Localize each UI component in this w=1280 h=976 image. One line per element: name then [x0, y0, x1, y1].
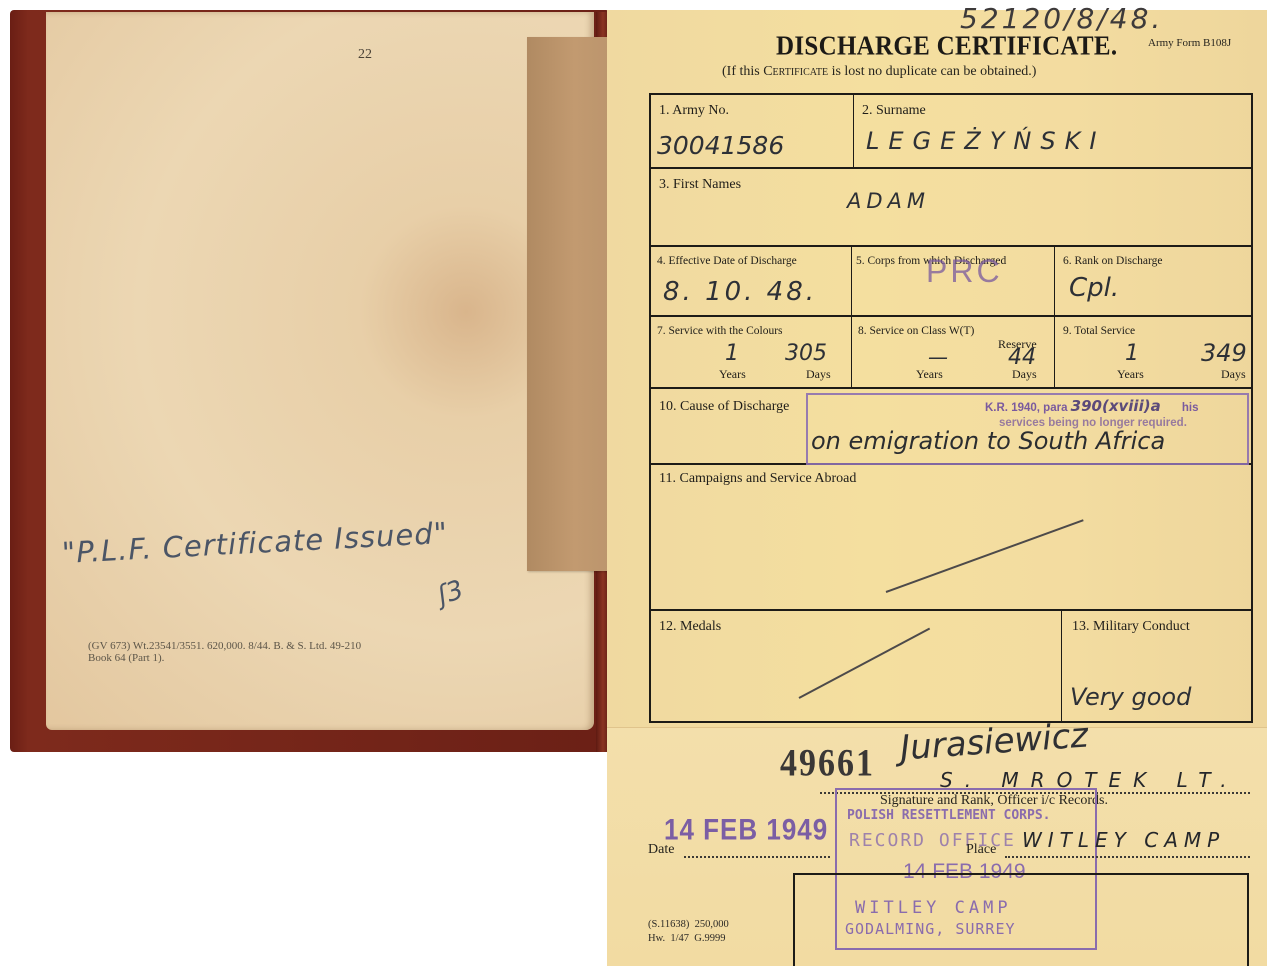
form-id: Army Form B108J: [1148, 37, 1231, 49]
field-value: Cpl.: [1069, 273, 1119, 303]
field-label: 13. Military Conduct: [1072, 619, 1190, 635]
stamp-text: K.R. 1940, para: [985, 402, 1067, 414]
date-line: [684, 856, 830, 858]
corps-stamp: PRC: [926, 253, 1003, 290]
place-label: Place: [966, 842, 996, 858]
days-value: 305: [785, 341, 827, 366]
years-label: Years: [916, 367, 943, 382]
years-value: —: [928, 345, 948, 369]
field-label: 2. Surname: [862, 103, 926, 119]
field-service-colours: 7. Service with the Colours 1 305 Years …: [651, 317, 851, 387]
reference-number: 52120/8/48.: [960, 2, 1163, 35]
print-code-line: Hw. 1/47 G.9999: [648, 933, 725, 944]
years-label: Years: [1117, 367, 1144, 382]
date-label: Date: [648, 842, 674, 858]
field-value: 30041586: [657, 131, 784, 160]
print-code-left: (GV 673) Wt.23541/3551. 620,000. 8/44. B…: [88, 640, 361, 664]
field-rank: 6. Rank on Discharge Cpl.: [1054, 247, 1251, 315]
field-army-no: 1. Army No. 30041586: [651, 95, 853, 167]
subtitle-smallcaps: Certificate: [763, 64, 828, 79]
field-value: 8. 10. 48.: [663, 277, 817, 307]
lower-form-box: [793, 873, 1249, 966]
field-value: LEGEŻYŃSKI: [866, 127, 1105, 155]
cause-handwritten: on emigration to South Africa: [811, 427, 1165, 455]
field-label: 3. First Names: [659, 177, 741, 193]
certificate-subtitle: (If this Certificate is lost no duplicat…: [722, 64, 1036, 80]
subtitle-text: is lost no duplicate can be obtained.): [828, 64, 1036, 79]
stamp-handwritten-para: 390(xviii)a: [1071, 397, 1161, 415]
field-corps: 5. Corps from which Discharged PRC: [851, 247, 1054, 315]
certificate-form-grid: 1. Army No. 30041586 2. Surname LEGEŻYŃS…: [649, 93, 1253, 723]
field-service-reserve: 8. Service on Class W(T) Reserve — 44 Ye…: [851, 317, 1054, 387]
years-value: 1: [1125, 341, 1139, 366]
field-surname: 2. Surname LEGEŻYŃSKI: [853, 95, 1251, 167]
days-value: 349: [1201, 339, 1247, 367]
field-medals: 12. Medals: [651, 611, 1061, 723]
strike-line: [886, 519, 1084, 593]
cause-stamp-line1: K.R. 1940, para 390(xviii)a his: [985, 397, 1199, 415]
field-total-service: 9. Total Service 1 349 Years Days: [1054, 317, 1251, 387]
row-first-names: 3. First Names ADAM: [651, 169, 1251, 247]
print-code-line: (GV 673) Wt.23541/3551. 620,000. 8/44. B…: [88, 640, 361, 652]
field-conduct: 13. Military Conduct Very good: [1061, 611, 1251, 723]
days-label: Days: [806, 367, 831, 382]
field-label: 8. Service on Class W(T): [858, 325, 974, 337]
years-label: Years: [719, 367, 746, 382]
field-label: 11. Campaigns and Service Abroad: [659, 471, 856, 487]
field-value: Very good: [1070, 683, 1191, 711]
subtitle-text: (If this: [722, 64, 763, 79]
field-label: 10. Cause of Discharge: [659, 399, 789, 415]
book-page: 22: [46, 12, 594, 730]
field-first-names: 3. First Names ADAM: [651, 169, 1251, 245]
print-code-line: Book 64 (Part 1).: [88, 652, 164, 664]
serial-number: 49661: [780, 742, 875, 786]
row-identity: 1. Army No. 30041586 2. Surname LEGEŻYŃS…: [651, 95, 1251, 169]
field-label: 12. Medals: [659, 619, 721, 635]
stamp-line: POLISH RESETTLEMENT CORPS.: [847, 808, 1051, 823]
field-value: ADAM: [847, 189, 930, 213]
row-service: 7. Service with the Colours 1 305 Years …: [651, 317, 1251, 389]
place-value: WITLEY CAMP: [1022, 828, 1225, 852]
field-discharge-date: 4. Effective Date of Discharge 8. 10. 48…: [651, 247, 851, 315]
print-code-line: (S.11638) 250,000: [648, 919, 729, 930]
days-label: Days: [1012, 367, 1037, 382]
page-number: 22: [358, 47, 372, 63]
date-stamp: 14 FEB 1949: [664, 812, 828, 848]
field-label: 7. Service with the Colours: [657, 325, 783, 337]
print-code-right: (S.11638) 250,000 Hw. 1/47 G.9999: [648, 918, 729, 946]
field-label: 1. Army No.: [659, 103, 729, 119]
field-label: 9. Total Service: [1063, 325, 1135, 337]
strike-line: [799, 628, 931, 699]
days-label: Days: [1221, 367, 1246, 382]
stamp-text: his: [1182, 402, 1199, 414]
field-label: 4. Effective Date of Discharge: [657, 255, 797, 267]
row-cause: 10. Cause of Discharge K.R. 1940, para 3…: [651, 389, 1251, 465]
field-label: 6. Rank on Discharge: [1063, 255, 1162, 267]
certificate-title: DISCHARGE CERTIFICATE.: [776, 32, 1117, 62]
row-medals-conduct: 12. Medals 13. Military Conduct Very goo…: [651, 611, 1251, 723]
row-discharge: 4. Effective Date of Discharge 8. 10. 48…: [651, 247, 1251, 317]
place-line: [1005, 856, 1250, 858]
years-value: 1: [725, 341, 739, 366]
row-campaigns: 11. Campaigns and Service Abroad: [651, 465, 1251, 611]
